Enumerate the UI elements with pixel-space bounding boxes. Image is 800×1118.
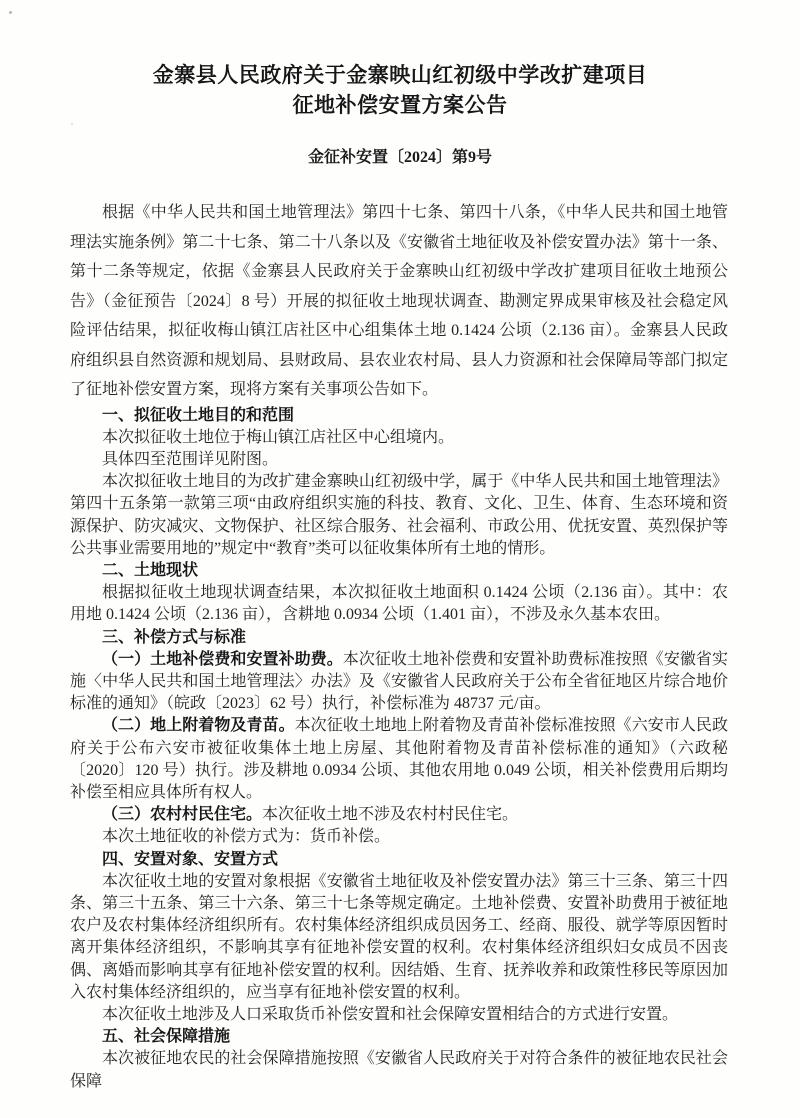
document-number: 金征补安置〔2024〕第9号 [0, 148, 800, 167]
paragraph: 本次被征地农民的社会保障措施按照《安徽省人民政府关于对符合条件的被征地农民社会保… [70, 1048, 728, 1092]
paragraph-bold-lead: （二）地上附着物及青苗。 [102, 717, 295, 734]
scan-speck [71, 123, 73, 125]
document-title-line2: 征地补偿安置方案公告 [293, 93, 508, 117]
document-page: 金寨县人民政府关于金寨映山红初级中学改扩建项目 征地补偿安置方案公告 金征补安置… [0, 0, 800, 1118]
section-heading: 四、安置对象、安置方式 [70, 849, 728, 871]
paragraph: 根据拟征收土地现状调查结果，本次拟征收土地面积 0.1424 公顷（2.136 … [70, 582, 728, 626]
paragraph-bold-lead: （一）土地补偿费和安置补助费。 [102, 651, 343, 668]
section-heading: 一、拟征收土地目的和范围 [70, 405, 728, 427]
paragraph: 本次土地征收的补偿方式为：货币补偿。 [70, 826, 728, 848]
document-title: 金寨县人民政府关于金寨映山红初级中学改扩建项目 征地补偿安置方案公告 [0, 0, 800, 120]
document-title-line1: 金寨县人民政府关于金寨映山红初级中学改扩建项目 [153, 63, 648, 87]
paragraph: 本次拟征收土地位于梅山镇江店社区中心组境内。 [70, 427, 728, 449]
paragraph: 具体四至范围详见附图。 [70, 449, 728, 471]
paragraph: （一）土地补偿费和安置补助费。本次征收土地补偿费和安置补助费标准按照《安徽省实施… [70, 649, 728, 716]
section-heading: 五、社会保障措施 [70, 1026, 728, 1048]
paragraph: （二）地上附着物及青苗。本次征收土地地上附着物及青苗补偿标准按照《六安市人民政府… [70, 715, 728, 804]
paragraph: （三）农村村民住宅。本次征收土地不涉及农村村民住宅。 [70, 804, 728, 826]
paragraph-bold-lead: （三）农村村民住宅。 [102, 806, 262, 823]
paragraph: 本次征收土地的安置对象根据《安徽省土地征收及补偿安置办法》第三十三条、第三十四条… [70, 871, 728, 1004]
paragraph: 根据《中华人民共和国土地管理法》第四十七条、第四十八条，《中华人民共和国土地管理… [70, 198, 728, 405]
section-heading: 二、土地现状 [70, 560, 728, 582]
paragraph: 本次征收土地涉及人口采取货币补偿安置和社会保障安置相结合的方式进行安置。 [70, 1004, 728, 1026]
document-body: 根据《中华人民共和国土地管理法》第四十七条、第四十八条，《中华人民共和国土地管理… [70, 198, 728, 1093]
paragraph: 本次拟征收土地目的为改扩建金寨映山红初级中学，属于《中华人民共和国土地管理法》第… [70, 471, 728, 560]
scan-speck [9, 11, 12, 14]
section-heading: 三、补偿方式与标准 [70, 627, 728, 649]
